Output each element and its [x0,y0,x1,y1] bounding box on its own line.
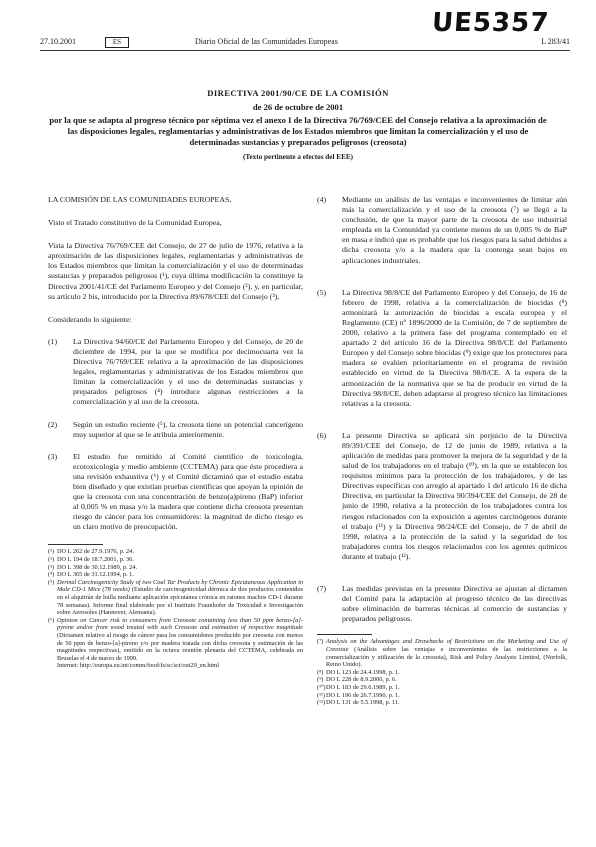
footnote-mark: (⁹) [317,676,326,684]
recital-number: (2) [48,420,73,440]
language-badge: ES [105,37,129,48]
recital-text: El estudio fue remitido al Comité cientí… [73,452,303,533]
recital-number: (7) [317,584,342,624]
recital-text: Mediante un análisis de las ventajas e i… [342,195,567,266]
citation-directive: Vista la Directiva 76/769/CEE del Consej… [48,241,303,302]
footnote-divider [317,634,372,635]
footnote-text: Analysis on the Advantages and Drawbacks… [326,638,567,668]
footnote-mark: (⁸) [317,669,326,677]
footnote-mark: (⁵) [48,579,57,617]
footnote-text: DO L 183 de 29.6.1989, p. 1. [326,684,567,692]
footnote-mark: (¹⁰) [317,684,326,692]
footnote: (¹²)DO L 131 de 5.5.1998, p. 11. [317,699,567,707]
footnote: (⁸)DO L 123 de 24.4.1998, p. 1. [317,669,567,677]
footnote-text: Opinion on Cancer risk to consumers from… [57,617,303,670]
footnote-body: (Análisis sobre las ventajas e inconveni… [326,646,567,668]
journal-reference: L 283/41 [541,35,570,49]
citation-treaty: Visto el Tratado constitutivo de la Comu… [48,218,303,228]
recital-3: (3) El estudio fue remitido al Comité ci… [48,452,303,533]
footnote-mark: (³) [48,564,57,572]
footnote: (⁴)DO L 365 de 31.12.1994, p. 1. [48,571,303,579]
footnote-mark: (⁴) [48,571,57,579]
recital-text: La presente Directiva se aplicará sin pe… [342,431,567,562]
footnote-url: Internet: http://europa.eu.int/comm/food… [57,662,219,669]
recital-number: (3) [48,452,73,533]
footnote: (³)DO L 398 de 30.12.1989, p. 24. [48,564,303,572]
footnote-text: DO L 194 de 18.7.2001, p. 36. [57,556,303,564]
opening-line: LA COMISIÓN DE LAS COMUNIDADES EUROPEAS, [48,195,303,205]
footnote-text: DO L 123 de 24.4.1998, p. 1. [326,669,567,677]
footnote-divider [48,544,103,545]
footnote-mark: (¹²) [317,699,326,707]
footnote: (⁹)DO L 228 de 8.9.2000, p. 6. [317,676,567,684]
footnote: (⁶)Opinion on Cancer risk to consumers f… [48,617,303,670]
right-footnotes: (⁷)Analysis on the Advantages and Drawba… [317,638,567,706]
recital-text: Según un estudio reciente (⁵), la creoso… [73,420,303,440]
footnote-italic-title: Opinion on Cancer risk to consumers from… [57,617,303,632]
handwritten-stamp: UE5357 [431,8,550,38]
recital-5: (5) La Directiva 98/8/CE del Parlamento … [317,288,567,409]
recital-6: (6) La presente Directiva se aplicará si… [317,431,567,562]
footnote: (¹⁰)DO L 183 de 29.6.1989, p. 1. [317,684,567,692]
recital-number: (6) [317,431,342,562]
recital-text: La Directiva 94/60/CE del Parlamento Eur… [73,337,303,408]
document-date: de 26 de octubre de 2001 [48,102,548,112]
footnote-text: DO L 131 de 5.5.1998, p. 11. [326,699,567,707]
recital-text: La Directiva 98/8/CE del Parlamento Euro… [342,288,567,409]
footnote-text: DO L 196 de 26.7.1990, p. 1. [326,692,567,700]
publication-date: 27.10.2001 [40,35,76,49]
footnote-text: Dermal Carcinogenicity Study of two Coal… [57,579,303,617]
footnote: (⁵)Dermal Carcinogenicity Study of two C… [48,579,303,617]
document-subject: por la que se adapta al progreso técnico… [48,115,548,148]
right-column: (4) Mediante un análisis de las ventajas… [317,195,567,707]
recital-1: (1) La Directiva 94/60/CE del Parlamento… [48,337,303,408]
eea-relevance-note: (Texto pertinente a efectos del EEE) [48,153,548,161]
considerando-heading: Considerando lo siguiente: [48,315,303,325]
footnote-mark: (¹) [48,548,57,556]
footnote-mark: (⁶) [48,617,57,670]
footnote: (⁷)Analysis on the Advantages and Drawba… [317,638,567,668]
footnote-mark: (¹¹) [317,692,326,700]
footnote-text: DO L 365 de 31.12.1994, p. 1. [57,571,303,579]
recital-number: (1) [48,337,73,408]
recital-text: Las medidas previstas en la presente Dir… [342,584,567,624]
footnote-mark: (⁷) [317,638,326,668]
footnote-mark: (²) [48,556,57,564]
footnote-body: (Dictamen relativo al riesgo de cáncer p… [57,632,303,662]
footnote-text: DO L 398 de 30.12.1989, p. 24. [57,564,303,572]
recital-7: (7) Las medidas previstas en la presente… [317,584,567,624]
header-divider [40,50,570,51]
footnote-text: DO L 262 de 27.9.1976, p. 24. [57,548,303,556]
recital-2: (2) Según un estudio reciente (⁵), la cr… [48,420,303,440]
recital-4: (4) Mediante un análisis de las ventajas… [317,195,567,266]
journal-name: Diario Oficial de las Comunidades Europe… [195,35,338,49]
page-header: 27.10.2001 ES Diario Oficial de las Comu… [40,35,570,49]
document-title: DIRECTIVA 2001/90/CE DE LA COMISIÓN [48,88,548,98]
recital-number: (5) [317,288,342,409]
footnote-text: DO L 228 de 8.9.2000, p. 6. [326,676,567,684]
recital-number: (4) [317,195,342,266]
document-title-block: DIRECTIVA 2001/90/CE DE LA COMISIÓN de 2… [48,88,548,161]
footnote: (²)DO L 194 de 18.7.2001, p. 36. [48,556,303,564]
left-column: LA COMISIÓN DE LAS COMUNIDADES EUROPEAS,… [48,195,303,670]
footnote: (¹¹)DO L 196 de 26.7.1990, p. 1. [317,692,567,700]
footnote: (¹)DO L 262 de 27.9.1976, p. 24. [48,548,303,556]
left-footnotes: (¹)DO L 262 de 27.9.1976, p. 24. (²)DO L… [48,548,303,670]
